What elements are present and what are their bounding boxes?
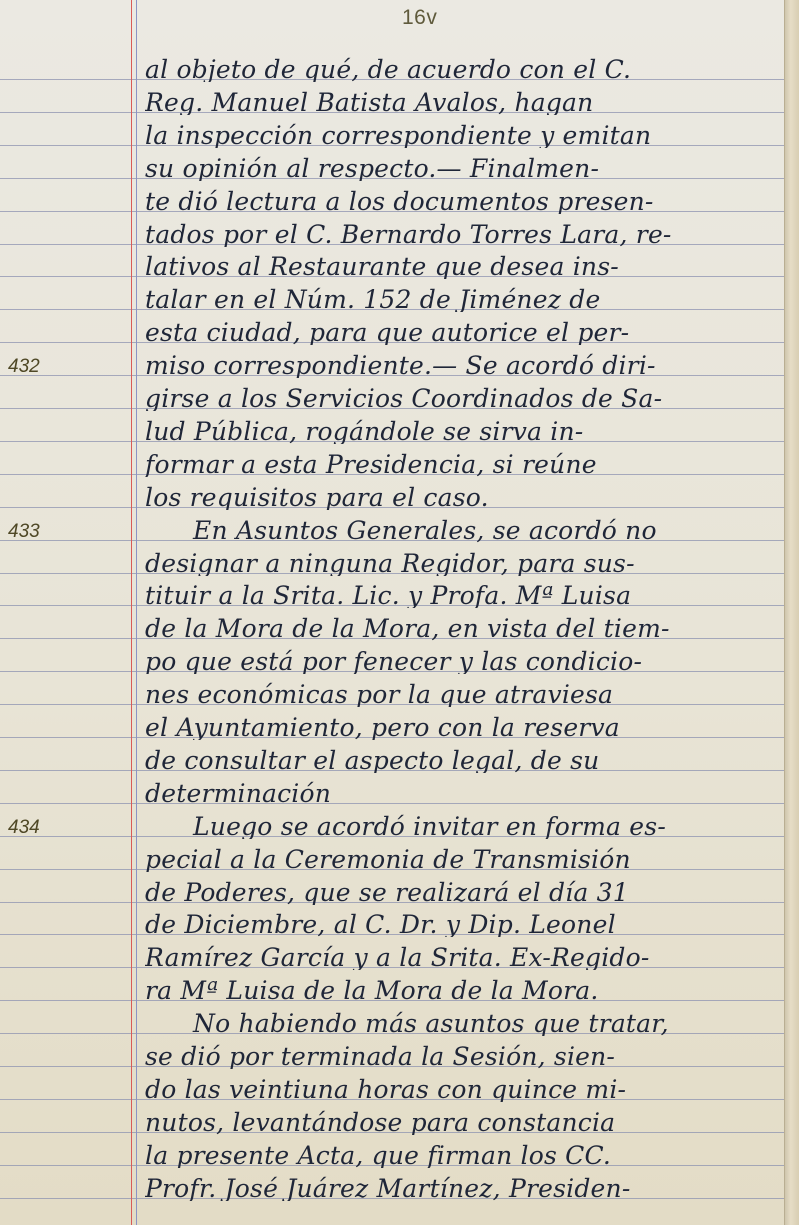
text-line: Reg. Manuel Batista Avalos, hagan [145, 90, 780, 115]
text-line: de Poderes, que se realizará el día 31 [145, 880, 780, 905]
ledger-page: 16v 432433434 al objeto de qué, de acuer… [0, 0, 799, 1225]
text-line: lativos al Restaurante que desea ins- [145, 254, 780, 279]
text-line: la presente Acta, que firman los CC. [145, 1143, 780, 1168]
text-line: tituir a la Srita. Lic. y Profa. Mª Luis… [145, 583, 780, 608]
entry-number: 434 [8, 818, 40, 837]
margin-line-red [131, 0, 132, 1225]
text-line: te dió lectura a los documentos presen- [145, 189, 780, 214]
text-line: lud Pública, rogándole se sirva in- [145, 419, 780, 444]
text-line: de la Mora de la Mora, en vista del tiem… [145, 616, 780, 641]
text-line: de Diciembre, al C. Dr. y Dip. Leonel [145, 912, 780, 937]
text-line: talar en el Núm. 152 de Jiménez de [145, 287, 780, 312]
entry-number: 432 [8, 357, 40, 376]
text-line: el Ayuntamiento, pero con la reserva [145, 715, 780, 740]
text-line: nes económicas por la que atraviesa [145, 682, 780, 707]
text-line: ra Mª Luisa de la Mora de la Mora. [145, 978, 780, 1003]
text-line: se dió por terminada la Sesión, sien- [145, 1044, 780, 1069]
text-line: po que está por fenecer y las condicio- [145, 649, 780, 674]
text-line: al objeto de qué, de acuerdo con el C. [145, 57, 780, 82]
text-line: Ramírez García y a la Srita. Ex-Regido- [145, 945, 780, 970]
text-line: tados por el C. Bernardo Torres Lara, re… [145, 222, 780, 247]
text-line: su opinión al respecto.— Finalmen- [145, 156, 780, 181]
margin-line-blue [136, 0, 137, 1225]
text-line: esta ciudad, para que autorice el per- [145, 320, 780, 345]
text-line: pecial a la Ceremonia de Transmisión [145, 847, 780, 872]
text-line: formar a esta Presidencia, si reúne [145, 452, 780, 477]
text-line: Luego se acordó invitar en forma es- [145, 814, 780, 839]
text-line: miso correspondiente.— Se acordó diri- [145, 353, 780, 378]
text-line: determinación [145, 781, 780, 806]
text-line: los requisitos para el caso. [145, 485, 780, 510]
text-line: En Asuntos Generales, se acordó no [145, 518, 780, 543]
folio-number: 16v [402, 6, 437, 30]
text-line: la inspección correspondiente y emitan [145, 123, 780, 148]
text-line: No habiendo más asuntos que tratar, [145, 1011, 780, 1036]
text-line: girse a los Servicios Coordinados de Sa- [145, 386, 780, 411]
entry-number: 433 [8, 522, 40, 541]
text-line: do las veintiuna horas con quince mi- [145, 1077, 780, 1102]
text-line: designar a ninguna Regidor, para sus- [145, 551, 780, 576]
text-line: nutos, levantándose para constancia [145, 1110, 780, 1135]
text-line: Profr. José Juárez Martínez, Presiden- [145, 1176, 780, 1201]
text-line: de consultar el aspecto legal, de su [145, 748, 780, 773]
binding-edge [784, 0, 799, 1225]
